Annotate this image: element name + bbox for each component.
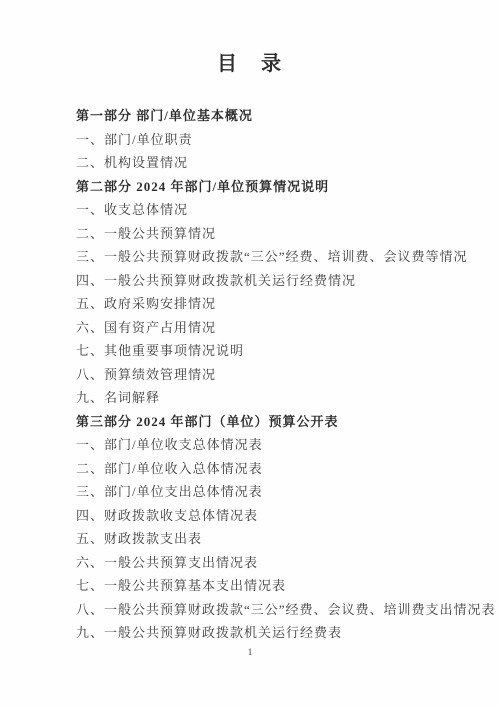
- toc-item: 九、一般公共预算财政拨款机关运行经费表: [76, 621, 470, 645]
- toc-item: 一、部门/单位职责: [76, 128, 470, 152]
- toc-item: 九、名词解释: [76, 386, 470, 410]
- toc-item: 三、一般公共预算财政拨款“三公”经费、培训费、会议费等情况: [76, 245, 470, 269]
- toc-item: 六、国有资产占用情况: [76, 316, 470, 340]
- toc-item: 五、财政拨款支出表: [76, 527, 470, 551]
- section-heading-part2: 第二部分 2024 年部门/单位预算情况说明: [76, 175, 470, 199]
- toc-item: 二、机构设置情况: [76, 151, 470, 175]
- toc-item: 七、一般公共预算基本支出情况表: [76, 574, 470, 598]
- page-title: 目 录: [0, 52, 500, 76]
- toc-item: 八、预算绩效管理情况: [76, 363, 470, 387]
- toc-item: 七、其他重要事项情况说明: [76, 339, 470, 363]
- section-heading-part1: 第一部分 部门/单位基本概况: [76, 104, 470, 128]
- toc-item: 三、部门/单位支出总体情况表: [76, 480, 470, 504]
- section-heading-part3: 第三部分 2024 年部门（单位）预算公开表: [76, 410, 470, 434]
- toc-item: 四、一般公共预算财政拨款机关运行经费情况: [76, 269, 470, 293]
- toc-item: 二、部门/单位收入总体情况表: [76, 457, 470, 481]
- toc-item: 四、财政拨款收支总体情况表: [76, 504, 470, 528]
- toc-item: 二、一般公共预算情况: [76, 222, 470, 246]
- document-page: 目 录 第一部分 部门/单位基本概况 一、部门/单位职责 二、机构设置情况 第二…: [0, 0, 500, 707]
- toc-item: 一、收支总体情况: [76, 198, 470, 222]
- toc-item: 六、一般公共预算支出情况表: [76, 551, 470, 575]
- toc-item: 八、一般公共预算财政拨款“三公”经费、会议费、培训费支出情况表: [76, 598, 470, 622]
- toc-item: 五、政府采购安排情况: [76, 292, 470, 316]
- page-number: 1: [0, 647, 500, 659]
- toc-content: 第一部分 部门/单位基本概况 一、部门/单位职责 二、机构设置情况 第二部分 2…: [76, 104, 470, 645]
- toc-item: 一、部门/单位收支总体情况表: [76, 433, 470, 457]
